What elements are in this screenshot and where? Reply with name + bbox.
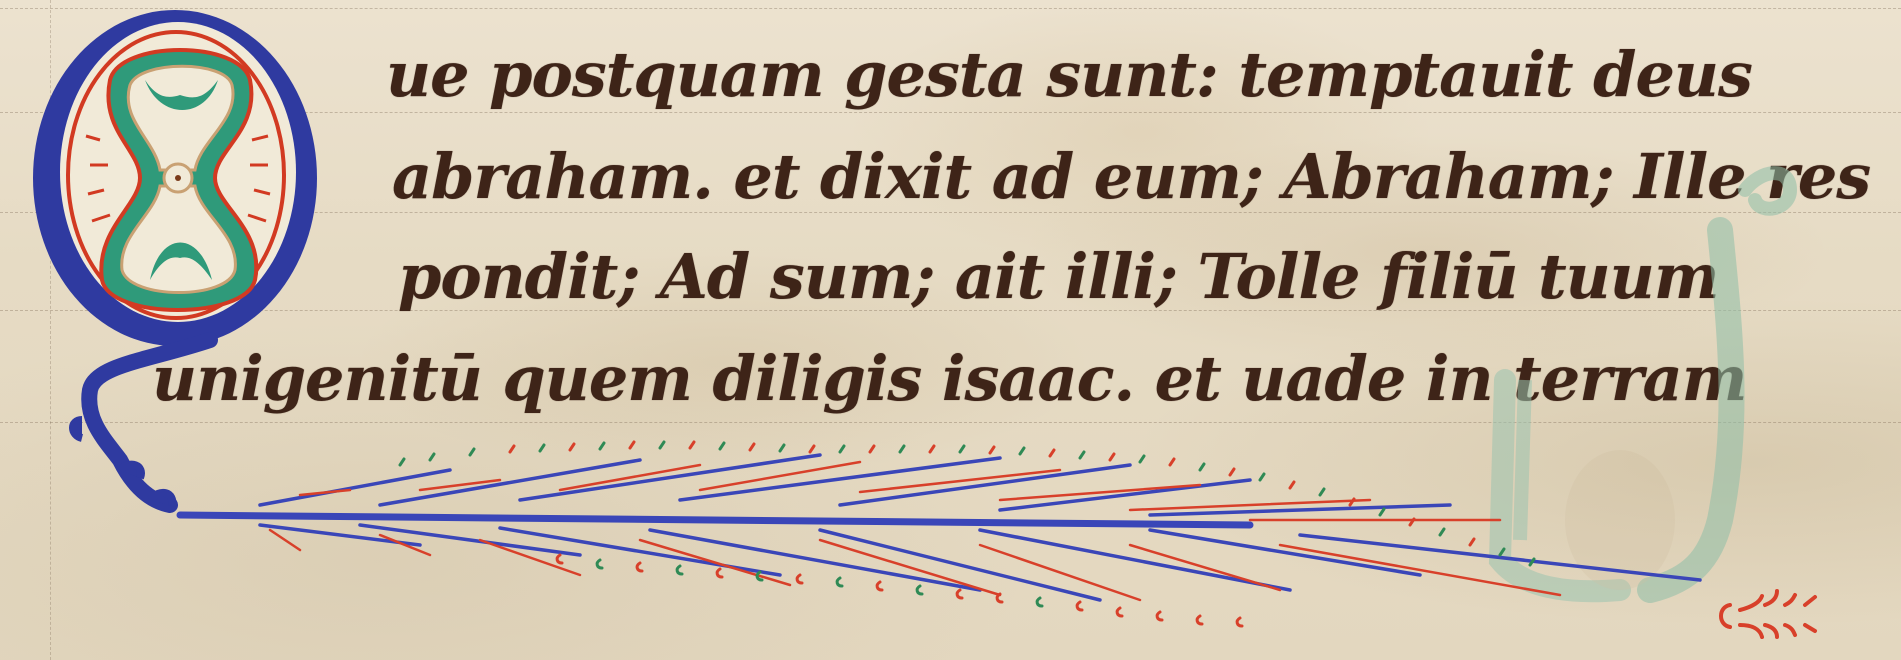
faded-initial-u (1500, 173, 1790, 591)
illumination-layer (0, 0, 1901, 660)
initial-q (33, 10, 317, 506)
end-flourish (1721, 591, 1815, 637)
